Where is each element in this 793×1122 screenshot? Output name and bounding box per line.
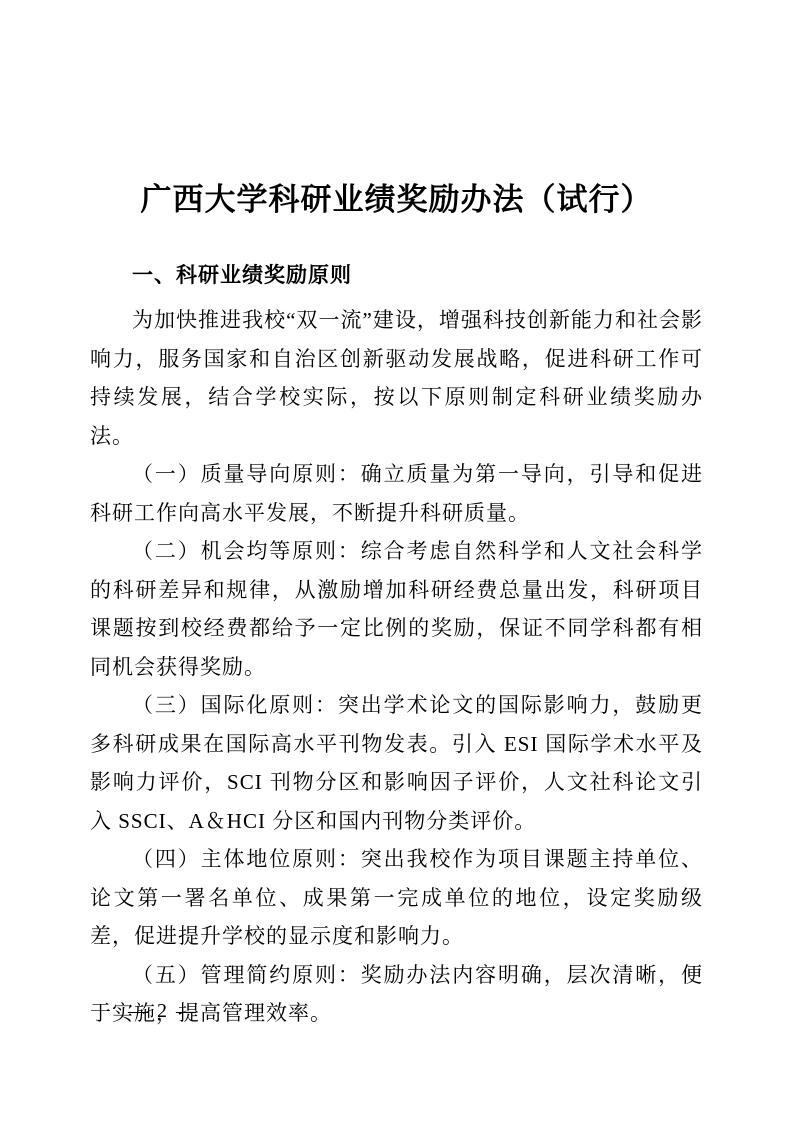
paragraph-principle-1-quality: （一）质量导向原则：确立质量为第一导向，引导和促进科研工作向高水平发展，不断提升… [90,455,703,532]
document-page: 广西大学科研业绩奖励办法（试行） 一、科研业绩奖励原则 为加快推进我校“双一流”… [0,0,793,1122]
paragraph-principle-4-primary-status: （四）主体地位原则：突出我校作为项目课题主持单位、论文第一署名单位、成果第一完成… [90,840,703,956]
paragraph-intro: 为加快推进我校“双一流”建设，增强科技创新能力和社会影响力，服务国家和自治区创新… [90,301,703,455]
paragraph-principle-2-equal-opportunity: （二）机会均等原则：综合考虑自然科学和人文社会科学的科研差异和规律，从激励增加科… [90,532,703,686]
page-number: — 2 — [128,1000,198,1023]
document-body: 一、科研业绩奖励原则 为加快推进我校“双一流”建设，增强科技创新能力和社会影响力… [90,256,703,1033]
document-title: 广西大学科研业绩奖励办法（试行） [90,180,703,220]
paragraph-principle-3-internationalization: （三）国际化原则：突出学术论文的国际影响力，鼓励更多科研成果在国际高水平刊物发表… [90,686,703,840]
section-heading: 一、科研业绩奖励原则 [90,256,703,296]
